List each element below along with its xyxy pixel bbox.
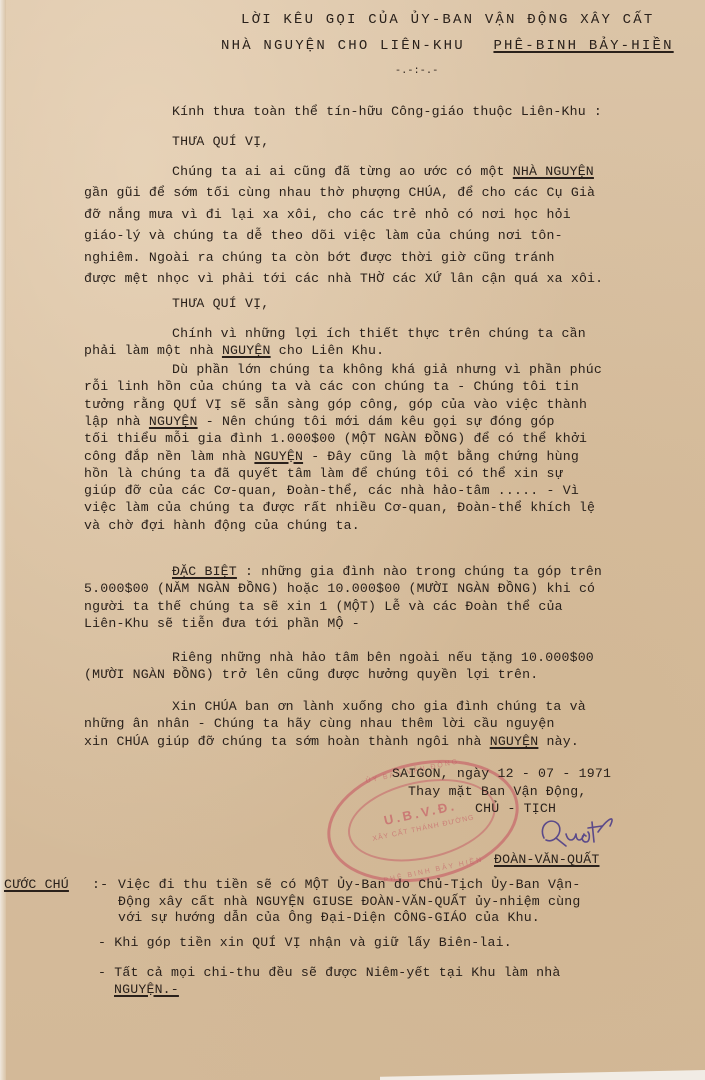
text-line: Dù phần lớn chúng ta không khá giả nhưng… — [172, 362, 602, 377]
text-segment: được mệt nhọc vì phải tới các nhà THỜ cá… — [84, 271, 603, 286]
text-segment: (MƯỜI NGÀN ĐỒNG) trở lên cũng được hưởng… — [84, 667, 538, 682]
text-segment: đỡ nắng mưa vì đi lại xa xôi, cho các tr… — [84, 207, 571, 222]
text-segment: 5.000$00 (NĂM NGÀN ĐỒNG) hoặc 10.000$00 … — [84, 581, 595, 596]
underlined-emphasis: NGUYỆN — [254, 449, 303, 464]
on-behalf-of: Thay mặt Ban Vận Động, — [408, 784, 587, 799]
text-line: và chờ đợi hành động của chúng ta. — [84, 518, 360, 533]
text-segment: - Đây cũng là một bằng chứng hùng — [303, 449, 579, 464]
text-segment: giúp đỡ của các Cơ-quan, Đoàn-thể, các n… — [84, 483, 579, 498]
text-segment: phải làm một nhà — [84, 343, 222, 358]
text-segment: những ân nhân - Chúng ta hãy cùng nhau t… — [84, 716, 555, 731]
note-line: Động xây cất nhà NGUYỆN GIUSE ĐOÀN-VĂN-Q… — [118, 894, 581, 909]
text-segment: Riêng những nhà hảo tâm bên ngoài nếu tặ… — [172, 650, 594, 665]
text-segment: Chúng ta ai ai cũng đã từng ao ước có mộ… — [172, 164, 513, 179]
underlined-emphasis: NGUYỆN — [490, 734, 539, 749]
paper-torn-edge — [380, 1070, 705, 1080]
text-line: 5.000$00 (NĂM NGÀN ĐỒNG) hoặc 10.000$00 … — [84, 581, 595, 596]
text-segment: công đắp nền làm nhà — [84, 449, 254, 464]
text-segment: Dù phần lớn chúng ta không khá giả nhưng… — [172, 362, 602, 377]
text-line: nghiêm. Ngoài ra chúng ta còn bớt được t… — [84, 250, 555, 265]
text-line: công đắp nền làm nhà NGUYỆN - Đây cũng l… — [84, 449, 579, 464]
text-line: gần gũi để sớm tối cùng nhau thờ phượng … — [84, 185, 595, 200]
text-line: lập nhà NGUYỆN - Nên chúng tôi mới dám k… — [84, 414, 555, 429]
place-date: SAIGON, ngày 12 - 07 - 1971 — [392, 766, 611, 781]
notes-label-mark: :- — [92, 877, 108, 892]
address-1: THƯA QUÍ VỊ, — [172, 134, 269, 149]
text-segment: xin CHÚA giúp đỡ chúng ta sớm hoàn thành… — [84, 734, 490, 749]
underlined-emphasis: NGUYỆN — [222, 343, 271, 358]
notes-label: CƯỚC CHÚ — [4, 877, 69, 892]
text-line: Xin CHÚA ban ơn lành xuống cho gia đình … — [172, 699, 586, 714]
text-segment: Liên-Khu sẽ tiễn đưa tới phần MỘ - — [84, 616, 360, 631]
text-line: tối thiểu mỗi gia đình 1.000$00 (MỘT NGÀ… — [84, 431, 587, 446]
text-line: đỡ nắng mưa vì đi lại xa xôi, cho các tr… — [84, 207, 571, 222]
text-line: Chúng ta ai ai cũng đã từng ao ước có mộ… — [172, 164, 594, 179]
text-segment: này. — [538, 734, 579, 749]
text-segment: Xin CHÚA ban ơn lành xuống cho gia đình … — [172, 699, 586, 714]
text-line: những ân nhân - Chúng ta hãy cùng nhau t… — [84, 716, 555, 731]
text-segment: tưởng rằng QUÍ VỊ sẽ sẵn sàng góp công, … — [84, 397, 587, 412]
text-line: hồn là chúng ta đã quyết tâm làm để chún… — [84, 466, 563, 481]
note-line: NGUYỆN.- — [114, 982, 179, 997]
underlined-emphasis: NGUYỆN — [149, 414, 198, 429]
signer-name: ĐOÀN-VĂN-QUẤT — [494, 852, 599, 867]
title-parish-name: PHÊ-BINH BẢY-HIỀN — [493, 38, 673, 54]
underlined-emphasis: NHÀ NGUYỆN — [513, 164, 594, 179]
note-line: Việc đi thu tiền sẽ có MỘT Ủy-Ban do Chủ… — [118, 877, 581, 892]
title-line-2-prefix: NHÀ NGUYỆN CHO LIÊN-KHU — [221, 38, 465, 54]
text-segment: lập nhà — [84, 414, 149, 429]
text-segment: nghiêm. Ngoài ra chúng ta còn bớt được t… — [84, 250, 555, 265]
title-line-2: NHÀ NGUYỆN CHO LIÊN-KHU PHÊ-BINH BẢY-HIỀ… — [221, 38, 674, 54]
note-line: - Khi góp tiền xin QUÍ VỊ nhận và giữ lấ… — [98, 935, 512, 950]
scanned-letter: LỜI KÊU GỌI CỦA ỦY-BAN VẬN ĐỘNG XÂY CẤT … — [0, 0, 705, 1080]
text-segment: việc làm của chúng ta được rất nhiều Cơ-… — [84, 500, 595, 515]
text-segment: giáo-lý và chúng ta dễ theo dõi việc làm… — [84, 228, 563, 243]
text-segment: cho Liên Khu. — [271, 343, 385, 358]
title-line-1: LỜI KÊU GỌI CỦA ỦY-BAN VẬN ĐỘNG XÂY CẤT — [241, 12, 654, 28]
text-segment: gần gũi để sớm tối cùng nhau thờ phượng … — [84, 185, 595, 200]
text-line: phải làm một nhà NGUYỆN cho Liên Khu. — [84, 343, 384, 358]
text-line: rỗi linh hồn của chúng ta và các con chú… — [84, 379, 579, 394]
text-line: người ta thế chúng ta sẽ xin 1 (MỘT) Lễ … — [84, 599, 563, 614]
text-segment: : những gia đình nào trong chúng ta góp … — [237, 564, 602, 579]
text-segment: người ta thế chúng ta sẽ xin 1 (MỘT) Lễ … — [84, 599, 563, 614]
handwritten-signature-icon — [536, 812, 616, 852]
text-line: (MƯỜI NGÀN ĐỒNG) trở lên cũng được hưởng… — [84, 667, 538, 682]
text-segment: Chính vì những lợi ích thiết thực trên c… — [172, 326, 586, 341]
text-line: được mệt nhọc vì phải tới các nhà THỜ cá… — [84, 271, 603, 286]
text-line: việc làm của chúng ta được rất nhiều Cơ-… — [84, 500, 595, 515]
salutation: Kính thưa toàn thể tín-hữu Công-giáo thu… — [172, 104, 602, 119]
text-segment: - Nên chúng tôi mới dám kêu gọi sự đóng … — [198, 414, 555, 429]
address-2: THƯA QUÍ VỊ, — [172, 296, 269, 311]
text-line: Chính vì những lợi ích thiết thực trên c… — [172, 326, 586, 341]
text-segment: hồn là chúng ta đã quyết tâm làm để chún… — [84, 466, 563, 481]
title-separator: -.-:-.- — [395, 66, 438, 77]
text-line: Liên-Khu sẽ tiễn đưa tới phần MỘ - — [84, 616, 360, 631]
text-segment: rỗi linh hồn của chúng ta và các con chú… — [84, 379, 579, 394]
text-line: ĐẶC BIỆT : những gia đình nào trong chún… — [172, 564, 602, 579]
text-line: giúp đỡ của các Cơ-quan, Đoàn-thể, các n… — [84, 483, 579, 498]
text-line: Riêng những nhà hảo tâm bên ngoài nếu tặ… — [172, 650, 594, 665]
underlined-emphasis: ĐẶC BIỆT — [172, 564, 237, 579]
paper-edge — [0, 0, 6, 1080]
text-segment: tối thiểu mỗi gia đình 1.000$00 (MỘT NGÀ… — [84, 431, 587, 446]
note-line: - Tất cả mọi chi-thu đều sẽ được Niêm-yế… — [98, 965, 561, 980]
text-line: tưởng rằng QUÍ VỊ sẽ sẵn sàng góp công, … — [84, 397, 587, 412]
text-line: xin CHÚA giúp đỡ chúng ta sớm hoàn thành… — [84, 734, 579, 749]
text-line: giáo-lý và chúng ta dễ theo dõi việc làm… — [84, 228, 563, 243]
text-segment: và chờ đợi hành động của chúng ta. — [84, 518, 360, 533]
note-line: với sự hướng dẫn của Ông Đại-Diện CÔNG-G… — [118, 910, 540, 925]
